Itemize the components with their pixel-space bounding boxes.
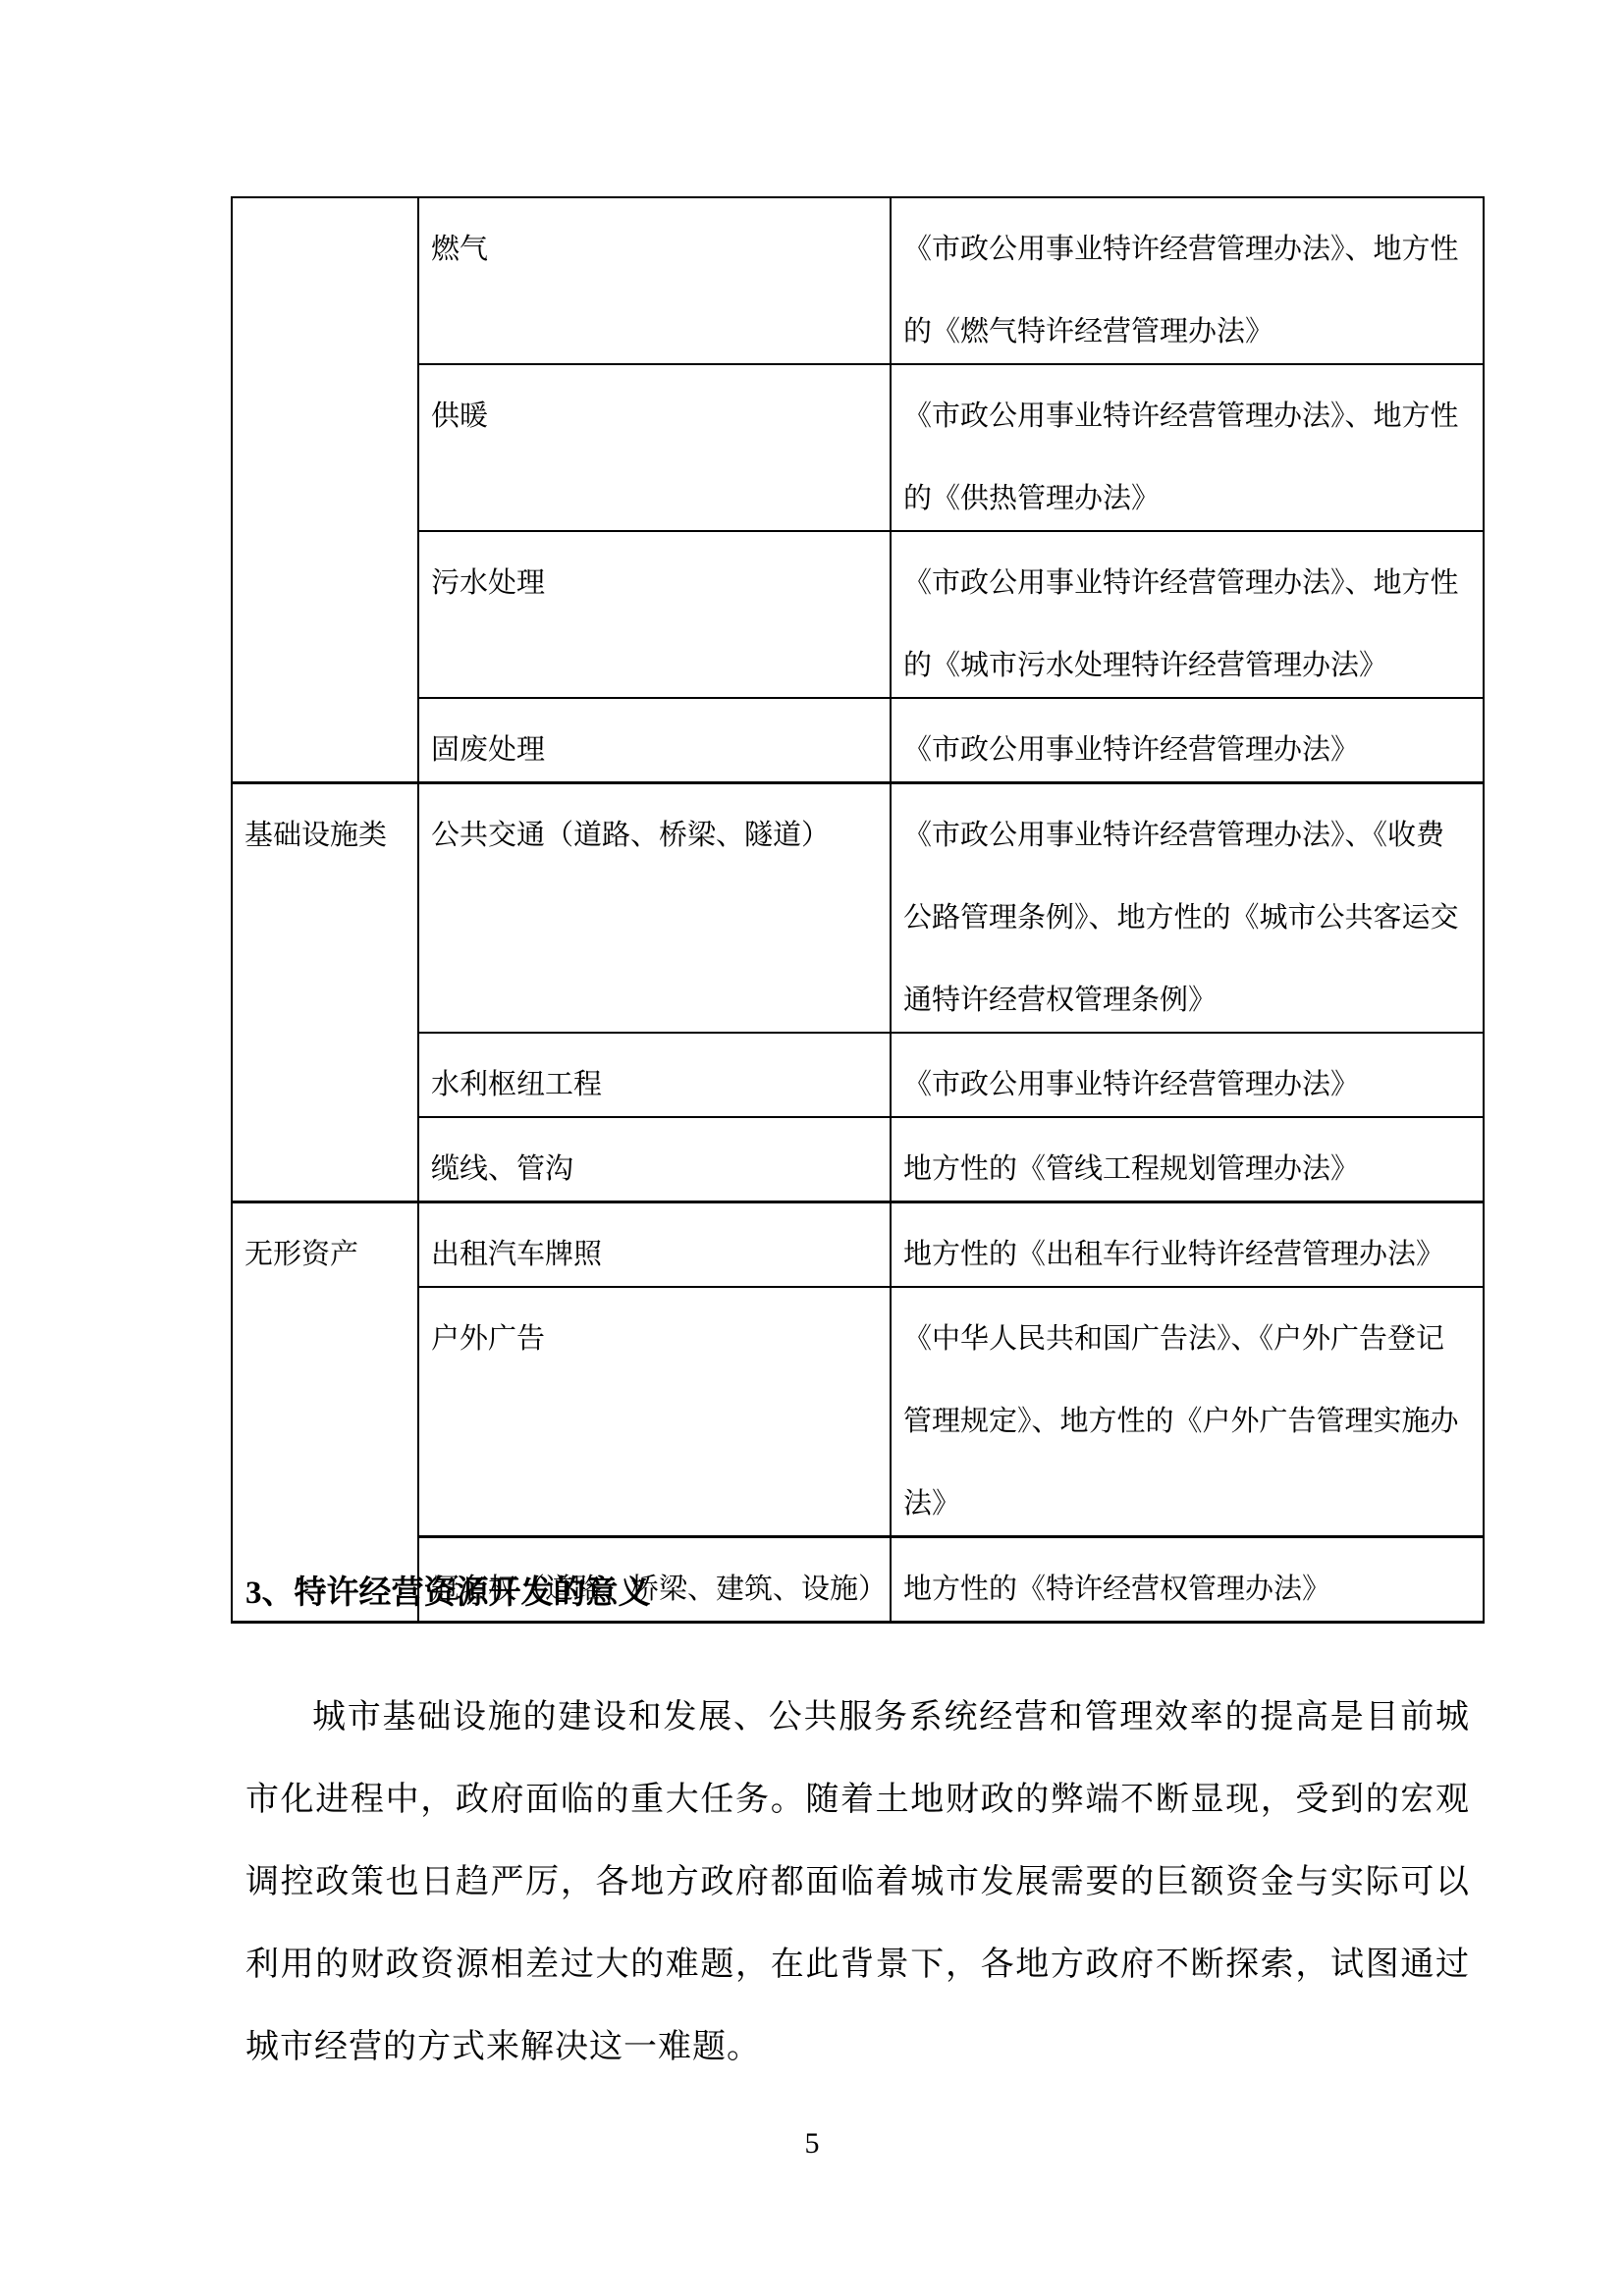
item-cell: 户外广告: [418, 1287, 891, 1537]
item-cell: 水利枢纽工程: [418, 1033, 891, 1117]
item-cell: 供暖: [418, 364, 891, 531]
table-row: 燃气 《市政公用事业特许经营管理办法》、地方性的《燃气特许经营管理办法》: [232, 197, 1484, 364]
item-cell: 污水处理: [418, 531, 891, 698]
regulation-cell: 《市政公用事业特许经营管理办法》、《收费公路管理条例》、地方性的《城市公共客运交…: [891, 783, 1484, 1034]
table-row: 水利枢纽工程 《市政公用事业特许经营管理办法》: [232, 1033, 1484, 1117]
regulation-cell: 《市政公用事业特许经营管理办法》: [891, 698, 1484, 783]
category-cell: [232, 197, 418, 783]
regulation-cell: 地方性的《特许经营权管理办法》: [891, 1537, 1484, 1623]
table-row: 无形资产 出租汽车牌照 地方性的《出租车行业特许经营管理办法》: [232, 1202, 1484, 1288]
page-number: 5: [0, 2122, 1624, 2165]
item-cell: 燃气: [418, 197, 891, 364]
regulation-cell: 《市政公用事业特许经营管理办法》: [891, 1033, 1484, 1117]
table-row: 基础设施类 公共交通（道路、桥梁、隧道） 《市政公用事业特许经营管理办法》、《收…: [232, 783, 1484, 1034]
table-row: 污水处理 《市政公用事业特许经营管理办法》、地方性的《城市污水处理特许经营管理办…: [232, 531, 1484, 698]
regulation-cell: 地方性的《出租车行业特许经营管理办法》: [891, 1202, 1484, 1288]
table-row: 户外广告 《中华人民共和国广告法》、《户外广告登记管理规定》、地方性的《户外广告…: [232, 1287, 1484, 1537]
category-cell: 基础设施类: [232, 783, 418, 1202]
item-cell: 出租汽车牌照: [418, 1202, 891, 1288]
table-row: 固废处理 《市政公用事业特许经营管理办法》: [232, 698, 1484, 783]
section-heading: 3、特许经营资源开发的意义: [245, 1572, 651, 1615]
regulation-cell: 《市政公用事业特许经营管理办法》、地方性的《供热管理办法》: [891, 364, 1484, 531]
item-cell: 公共交通（道路、桥梁、隧道）: [418, 783, 891, 1034]
item-cell: 固废处理: [418, 698, 891, 783]
regulation-cell: 《中华人民共和国广告法》、《户外广告登记管理规定》、地方性的《户外广告管理实施办…: [891, 1287, 1484, 1537]
franchise-resources-table: 燃气 《市政公用事业特许经营管理办法》、地方性的《燃气特许经营管理办法》 供暖 …: [231, 196, 1485, 1624]
regulation-cell: 《市政公用事业特许经营管理办法》、地方性的《城市污水处理特许经营管理办法》: [891, 531, 1484, 698]
table-row: 供暖 《市政公用事业特许经营管理办法》、地方性的《供热管理办法》: [232, 364, 1484, 531]
regulation-cell: 地方性的《管线工程规划管理办法》: [891, 1117, 1484, 1202]
category-cell: 无形资产: [232, 1202, 418, 1623]
item-cell: 缆线、管沟: [418, 1117, 891, 1202]
document-page: 燃气 《市政公用事业特许经营管理办法》、地方性的《燃气特许经营管理办法》 供暖 …: [0, 0, 1624, 2296]
body-paragraph: 城市基础设施的建设和发展、公共服务系统经营和管理效率的提高是目前城市化进程中，政…: [245, 1677, 1470, 2089]
table-row: 缆线、管沟 地方性的《管线工程规划管理办法》: [232, 1117, 1484, 1202]
regulation-cell: 《市政公用事业特许经营管理办法》、地方性的《燃气特许经营管理办法》: [891, 197, 1484, 364]
